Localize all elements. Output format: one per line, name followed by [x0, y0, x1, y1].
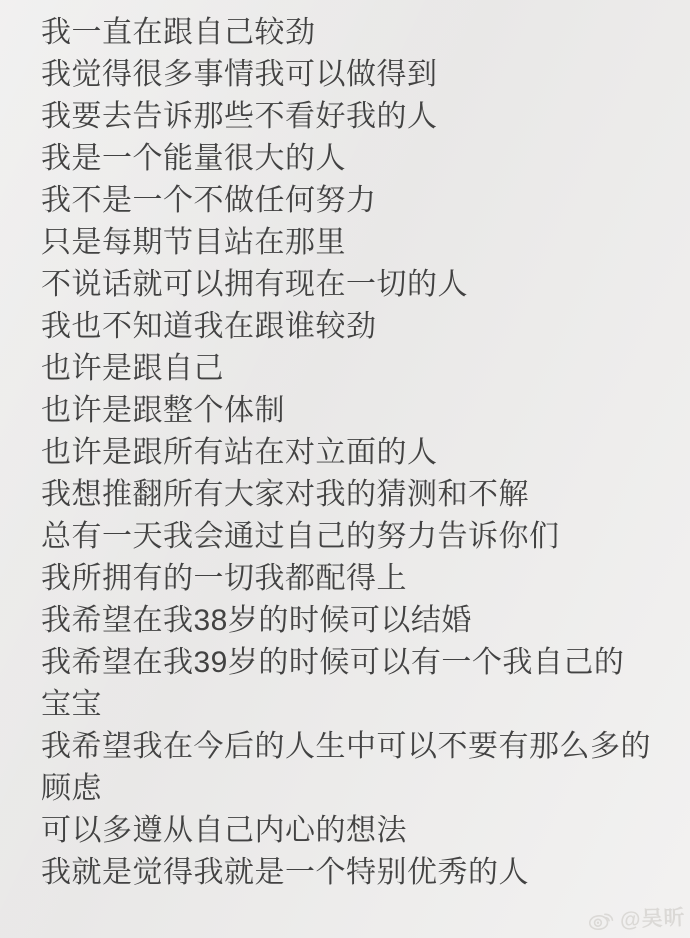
quote-line: 我希望在我38岁的时候可以结婚: [41, 600, 670, 642]
quote-line: 我希望我在今后的人生中可以不要有那么多的: [41, 726, 670, 768]
quote-line: 也许是跟所有站在对立面的人: [41, 432, 670, 474]
quote-line: 我希望在我39岁的时候可以有一个我自己的: [41, 642, 670, 684]
quote-line: 我要去告诉那些不看好我的人: [41, 96, 670, 138]
quote-line: 我也不知道我在跟谁较劲: [41, 306, 670, 348]
quote-line: 我是一个能量很大的人: [41, 138, 670, 180]
quote-line: 我想推翻所有大家对我的猜测和不解: [41, 474, 670, 516]
quote-line: 我就是觉得我就是一个特别优秀的人: [41, 852, 670, 894]
quote-line: 我不是一个不做任何努力: [41, 180, 670, 222]
watermark-handle: @吴昕: [619, 901, 685, 933]
weibo-logo-icon: [587, 907, 615, 931]
quote-text-block: 我一直在跟自己较劲 我觉得很多事情我可以做得到 我要去告诉那些不看好我的人 我是…: [41, 12, 670, 894]
quote-line: 只是每期节目站在那里: [41, 222, 670, 264]
quote-line: 顾虑: [41, 768, 670, 810]
quote-line: 也许是跟自己: [41, 348, 670, 390]
quote-line: 可以多遵从自己内心的想法: [41, 810, 670, 852]
quote-line: 宝宝: [41, 684, 670, 726]
quote-line: 不说话就可以拥有现在一切的人: [41, 264, 670, 306]
quote-line: 我一直在跟自己较劲: [41, 12, 670, 54]
quote-line: 我觉得很多事情我可以做得到: [41, 54, 670, 96]
quote-line: 我所拥有的一切我都配得上: [41, 558, 670, 600]
quote-image: 我一直在跟自己较劲 我觉得很多事情我可以做得到 我要去告诉那些不看好我的人 我是…: [0, 0, 690, 938]
watermark: @吴昕: [587, 901, 685, 934]
quote-line: 也许是跟整个体制: [41, 390, 670, 432]
quote-line: 总有一天我会通过自己的努力告诉你们: [41, 516, 670, 558]
